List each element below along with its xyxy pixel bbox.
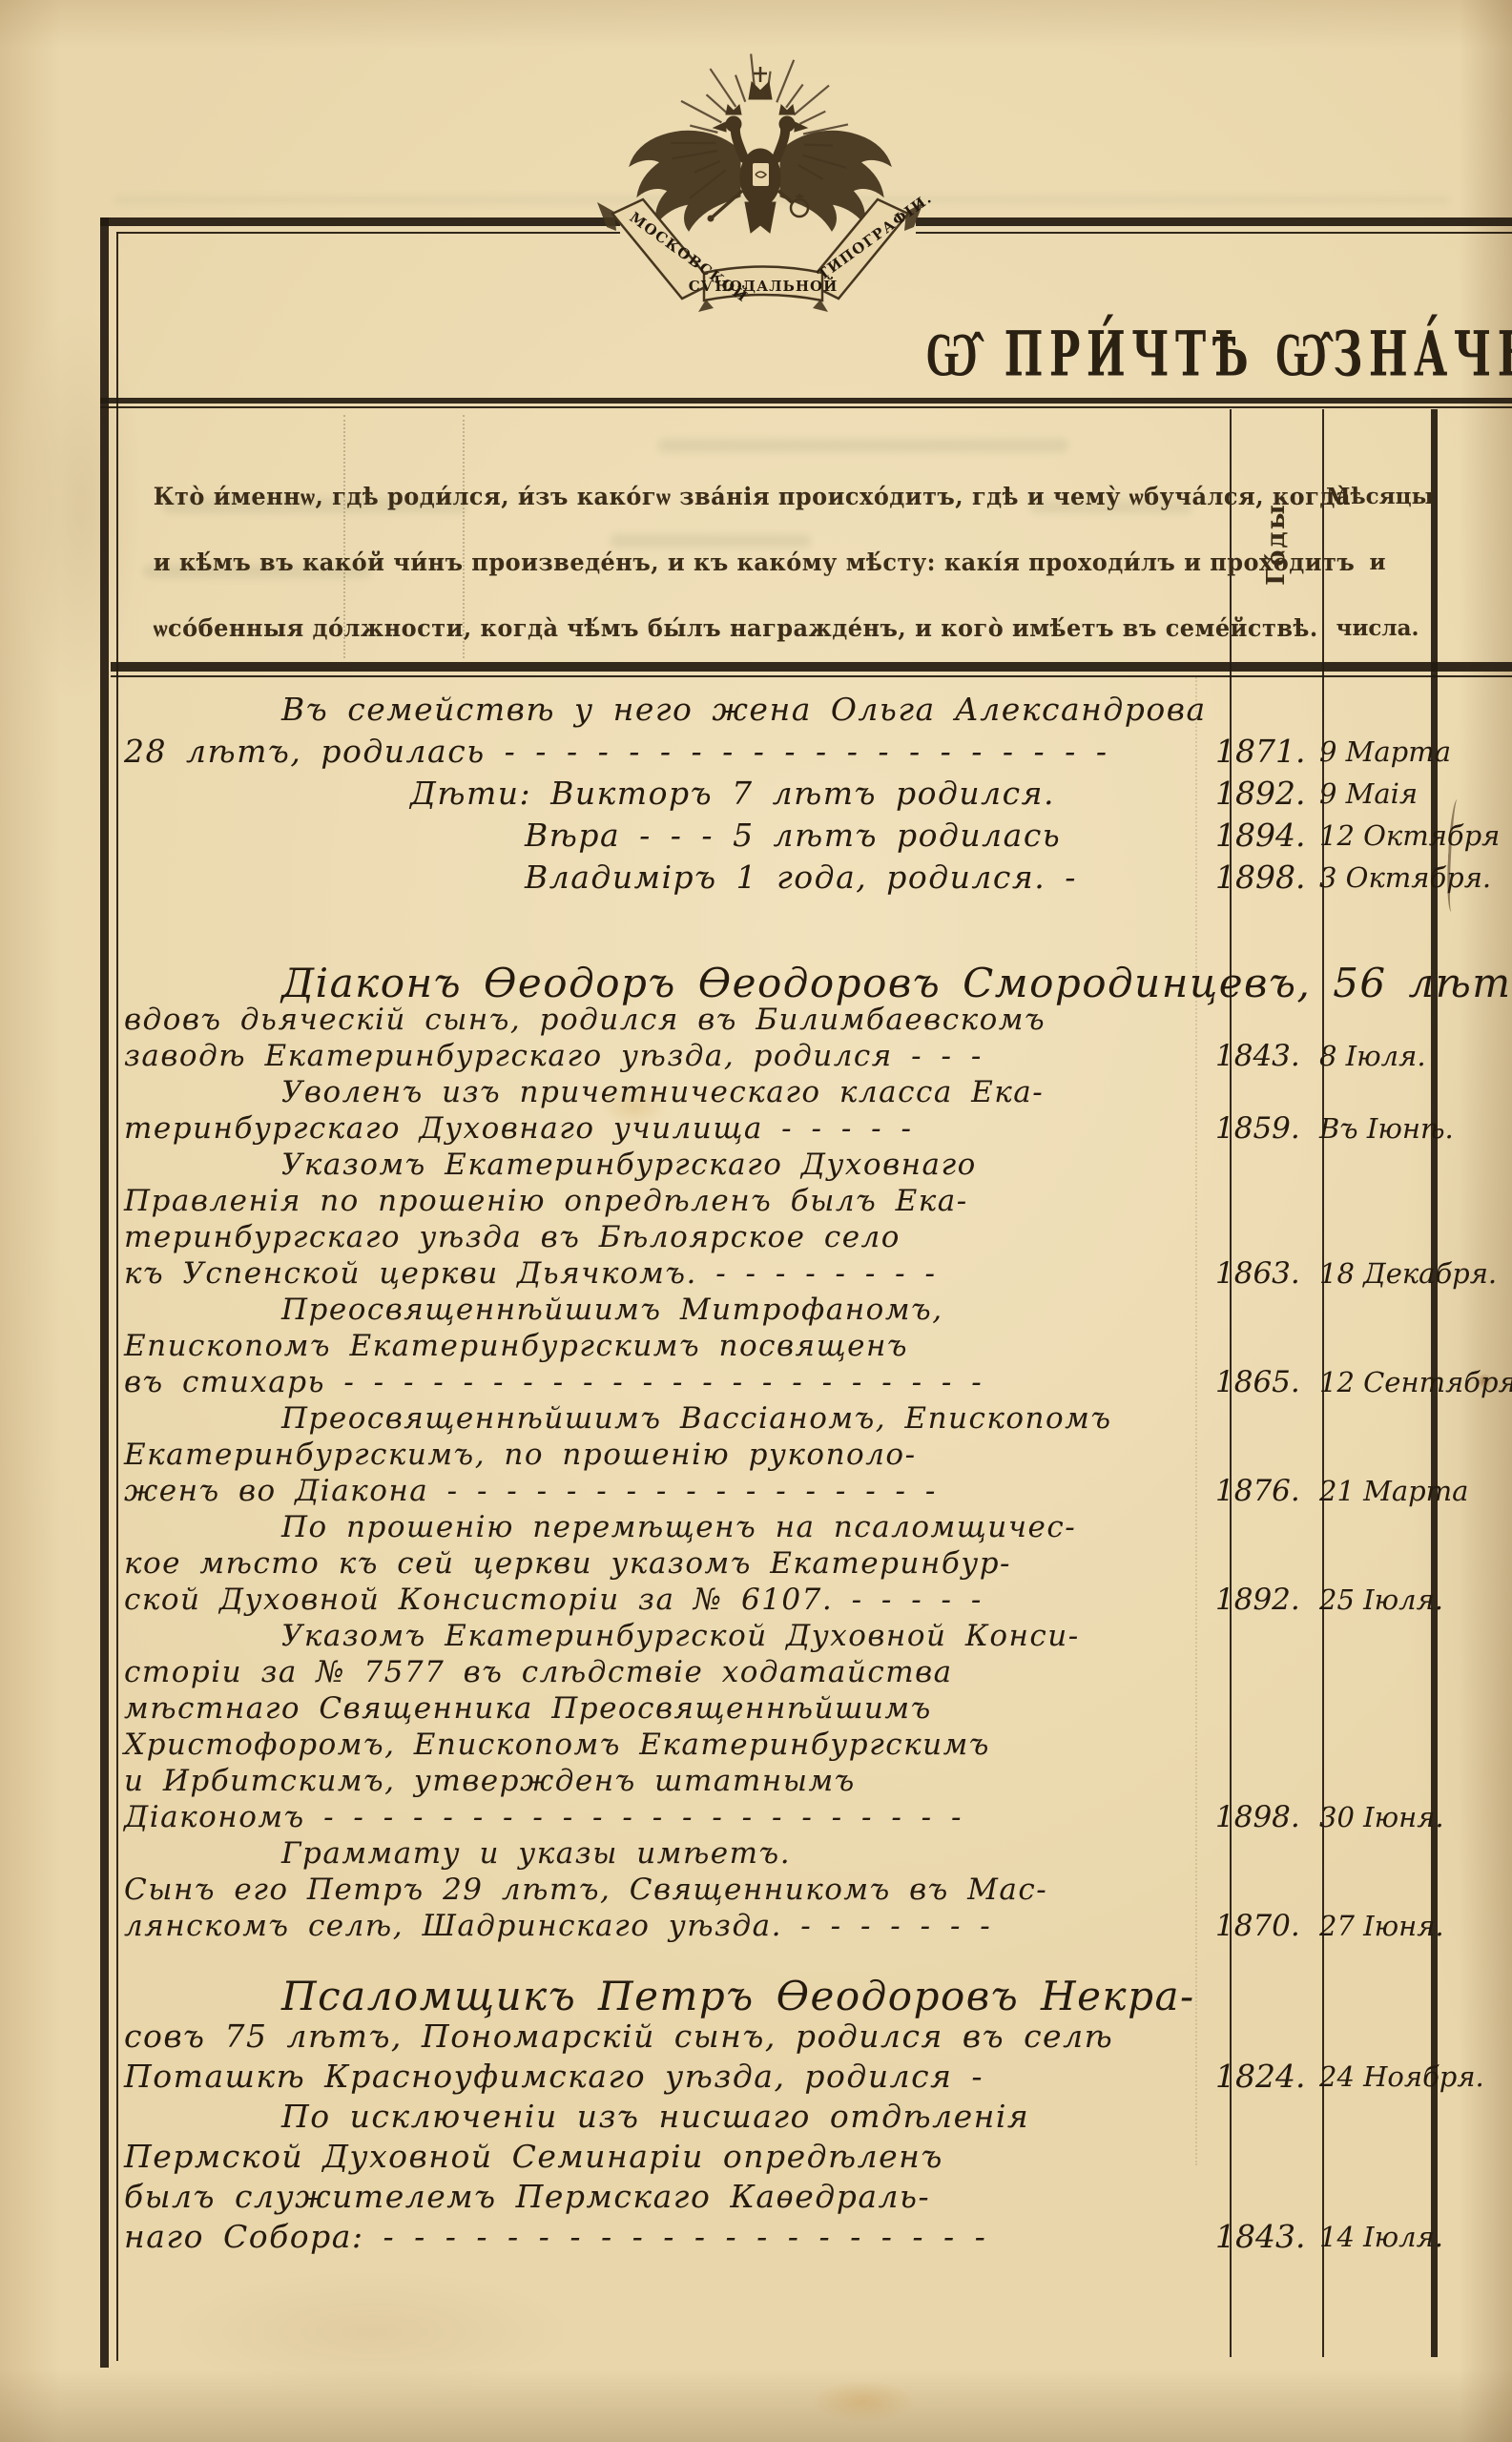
entry-text: Епископомъ Екатеринбургскимъ посвященъ (124, 1328, 1223, 1364)
entry-year (1215, 1690, 1315, 1727)
entry-year: 1870. (1215, 1908, 1315, 1944)
entry-date (1315, 1328, 1512, 1364)
entry-date: 9 Марта (1315, 731, 1512, 773)
entry-text: кое мѣсто къ сей церкви указомъ Екатерин… (124, 1545, 1223, 1582)
entry-text: наго Собора: - - - - - - - - - - - - - -… (124, 2217, 1223, 2257)
entry-text: и Ирбитскимъ, утвержденъ штатнымъ (124, 1763, 1223, 1799)
entry-date (1315, 1872, 1512, 1908)
entry-text: заводѣ Екатеринбургскаго уѣзда, родился … (124, 1038, 1223, 1074)
entry-date (1315, 1219, 1512, 1255)
entry-row: По прошенію перемѣщенъ на псаломщичес- (124, 1509, 1512, 1545)
entry-date (1315, 2017, 1512, 2057)
entry-year (1215, 2017, 1315, 2057)
entry-year: 1898. (1215, 1799, 1315, 1835)
entry-text: сторіи за № 7577 въ слѣдствіе ходатайств… (124, 1654, 1223, 1690)
entry-date: 21 Марта (1315, 1473, 1512, 1509)
entry-row: Дѣти: Викторъ 7 лѣтъ родился.1892.9 Маія (124, 773, 1512, 815)
entry-year: 1894. (1215, 815, 1315, 857)
entry-text: Пермской Духовной Семинаріи опредѣленъ (124, 2137, 1223, 2177)
entry-text: Вѣра - - - 5 лѣтъ родилась (124, 815, 1223, 857)
entry-year (1215, 1545, 1315, 1582)
entry-year (1215, 2137, 1315, 2177)
entry-row: Епископомъ Екатеринбургскимъ посвященъ (124, 1328, 1512, 1364)
entry-year (1215, 1727, 1315, 1763)
entry-date (1315, 1002, 1512, 1038)
entry-text: ской Духовной Консисторіи за № 6107. - -… (124, 1582, 1223, 1618)
entry-row: Граммату и указы имѣетъ. (124, 1835, 1512, 1872)
synodal-typography-emblem: МОСКОВСКОЙ СѴНОДАЛЬНОЙ ТИПОГРАФІИ. (538, 44, 983, 321)
entry-date: 12 Октября (1315, 815, 1512, 857)
entry-year: 1859. (1215, 1110, 1315, 1147)
entry-year (1215, 1183, 1315, 1219)
entry-row: женъ во Діакона - - - - - - - - - - - - … (124, 1473, 1512, 1509)
entry-row: къ Успенской церкви Дьячкомъ. - - - - - … (124, 1255, 1512, 1292)
entry-year: 1871. (1215, 731, 1315, 773)
entry-year (1215, 1835, 1315, 1872)
entry-row: Пермской Духовной Семинаріи опредѣленъ (124, 2137, 1512, 2177)
entry-row: Псаломщикъ Петръ Ѳеодоровъ Некра- (124, 1976, 1512, 2017)
entry-row: совъ 75 лѣтъ, Пономарскій сынъ, родился … (124, 2017, 1512, 2057)
years-column-label: Го́ды. (1230, 446, 1322, 631)
entry-text: Сынъ его Петръ 29 лѣтъ, Священникомъ въ … (124, 1872, 1223, 1908)
entry-year: 1843. (1215, 2217, 1315, 2257)
entry-date: 24 Ноября. (1315, 2057, 1512, 2097)
entry-year (1215, 1292, 1315, 1328)
entry-row: былъ служителемъ Пермскаго Каѳедраль- (124, 2177, 1512, 2217)
entry-year (1215, 1002, 1315, 1038)
entry-date: 18 Декабря. (1315, 1255, 1512, 1292)
entry-date (1315, 1690, 1512, 1727)
table-header-description: Кто̀ и́меннѡ, гдѣ роди́лся, и́зъ како́гѡ… (132, 464, 1215, 661)
entry-text: Дѣти: Викторъ 7 лѣтъ родился. (124, 773, 1223, 815)
entry-row: Преосвященнѣйшимъ Вассіаномъ, Епископомъ (124, 1400, 1512, 1437)
entry-date (1315, 1400, 1512, 1437)
entry-year (1215, 1147, 1315, 1183)
entry-date: 3 Октября. (1315, 857, 1512, 899)
entry-text: Христофоромъ, Епископомъ Екатеринбургски… (124, 1727, 1223, 1763)
entry-year (1215, 1400, 1315, 1437)
entry-year: 1865. (1215, 1364, 1315, 1400)
entry-date (1315, 1976, 1512, 2017)
entry-row: и Ирбитскимъ, утвержденъ штатнымъ (124, 1763, 1512, 1799)
entry-text: къ Успенской церкви Дьячкомъ. - - - - - … (124, 1255, 1223, 1292)
entry-text: Діакономъ - - - - - - - - - - - - - - - … (124, 1799, 1223, 1835)
entry-year (1215, 1618, 1315, 1654)
entry-row: Владимiръ 1 года, родился. -1898.3 Октяб… (124, 857, 1512, 899)
entry-text: По исключеніи изъ нисшаго отдѣленія (124, 2097, 1223, 2137)
entry-text: мѣстнаго Священника Преосвященнѣйшимъ (124, 1690, 1223, 1727)
entry-row: сторіи за № 7577 въ слѣдствіе ходатайств… (124, 1654, 1512, 1690)
entry-text: теринбургскаго Духовнаго училища - - - -… (124, 1110, 1223, 1147)
entry-text: Указомъ Екатеринбургской Духовной Конси- (124, 1618, 1223, 1654)
entry-date (1315, 1835, 1512, 1872)
entry-date: 12 Сентября. (1315, 1364, 1512, 1400)
entry-row: заводѣ Екатеринбургскаго уѣзда, родился … (124, 1038, 1512, 1074)
header-bottom-rule-thick (111, 662, 1512, 672)
entry-text: Преосвященнѣйшимъ Митрофаномъ, (124, 1292, 1223, 1328)
entry-text: Уволенъ изъ причетническаго класса Ека- (124, 1074, 1223, 1110)
entry-year (1215, 965, 1315, 1002)
entry-year (1215, 1437, 1315, 1473)
entry-date (1315, 2097, 1512, 2137)
entry-date (1315, 2137, 1512, 2177)
entry-year: 1876. (1215, 1473, 1315, 1509)
header-line-2: и кѣ́мъ въ како́й чи́нъ произведе́нъ, и … (154, 529, 1194, 595)
entry-date: 9 Маія (1315, 773, 1512, 815)
entry-year (1215, 1763, 1315, 1799)
entry-text: Поташкѣ Красноуфимскаго уѣзда, родился - (124, 2057, 1223, 2097)
entry-text: теринбургскаго уѣзда въ Бѣлоярское село (124, 1219, 1223, 1255)
entry-year (1215, 2097, 1315, 2137)
frame-top-thick-right (916, 217, 1512, 226)
entry-date (1315, 689, 1512, 731)
entry-text: Указомъ Екатеринбургскаго Духовнаго (124, 1147, 1223, 1183)
entry-date (1315, 1763, 1512, 1799)
entry-year (1215, 1219, 1315, 1255)
entry-date (1315, 965, 1512, 1002)
entry-text: Владимiръ 1 года, родился. - (124, 857, 1223, 899)
entry-text: былъ служителемъ Пермскаго Каѳедраль- (124, 2177, 1223, 2217)
header-line-1: Кто̀ и́меннѡ, гдѣ роди́лся, и́зъ како́гѡ… (154, 464, 1194, 529)
entry-year: 1824. (1215, 2057, 1315, 2097)
entry-year: 1898. (1215, 857, 1315, 899)
page-title: Ѡ̂ ПРИ́ЧТѢ Ѡ̂ЗНА́ЧЕН (926, 319, 1442, 391)
entry-row: наго Собора: - - - - - - - - - - - - - -… (124, 2217, 1512, 2257)
entry-row: теринбургскаго уѣзда въ Бѣлоярское село (124, 1219, 1512, 1255)
entry-text: вдовъ дьяческій сынъ, родился въ Билимба… (124, 1002, 1223, 1038)
entry-row: 28 лѣтъ, родилась - - - - - - - - - - - … (124, 731, 1512, 773)
ribbon-word-synodalnoy: СѴНОДАЛЬНОЙ (689, 277, 839, 295)
entry-date (1315, 1545, 1512, 1582)
entry-text: въ стихарь - - - - - - - - - - - - - - -… (124, 1364, 1223, 1400)
entry-date (1315, 1654, 1512, 1690)
entry-row: Правленія по прошенію опредѣленъ былъ Ек… (124, 1183, 1512, 1219)
entry-date (1315, 1509, 1512, 1545)
entry-year: 1843. (1215, 1038, 1315, 1074)
entry-text: Псаломщикъ Петръ Ѳеодоровъ Некра- (124, 1976, 1223, 2017)
entry-year (1215, 1509, 1315, 1545)
entry-row: вдовъ дьяческій сынъ, родился въ Билимба… (124, 1002, 1512, 1038)
entry-row: Поташкѣ Красноуфимскаго уѣзда, родился -… (124, 2057, 1512, 2097)
frame-left-thin (116, 232, 118, 2361)
entry-row: Указомъ Екатеринбургской Духовной Конси- (124, 1618, 1512, 1654)
entry-year (1215, 689, 1315, 731)
entry-row: лянскомъ селѣ, Шадринскаго уѣзда. - - - … (124, 1908, 1512, 1944)
entry-date: 30 Іюня. (1315, 1799, 1512, 1835)
entry-year: 1892. (1215, 773, 1315, 815)
entry-text: По прошенію перемѣщенъ на псаломщичес- (124, 1509, 1223, 1545)
entry-year: 1892. (1215, 1582, 1315, 1618)
entry-date: 27 Іюня. (1315, 1908, 1512, 1944)
entry-date: 8 Іюля. (1315, 1038, 1512, 1074)
entry-row: По исключеніи изъ нисшаго отдѣленія (124, 2097, 1512, 2137)
entry-text: Преосвященнѣйшимъ Вассіаномъ, Епископомъ (124, 1400, 1223, 1437)
title-band-rule-thick (100, 398, 1512, 404)
entry-date (1315, 1437, 1512, 1473)
entry-row: Христофоромъ, Епископомъ Екатеринбургски… (124, 1727, 1512, 1763)
entry-year (1215, 2177, 1315, 2217)
entry-text: Екатеринбургскимъ, по прошенію рукополо- (124, 1437, 1223, 1473)
entry-text: Діаконъ Ѳеодоръ Ѳеодоровъ Смородинцевъ, … (124, 965, 1223, 1002)
header-line-3: ѡсо́бенныя до́лжности, когда̀ чѣ́мъ бы́л… (154, 595, 1194, 661)
entries: Въ семействѣ у него жена Ольга Александр… (124, 689, 1512, 2257)
entry-date: 14 Іюля. (1315, 2217, 1512, 2257)
months-column-label: Мѣсяцы и числа. (1326, 464, 1429, 661)
entry-row: Въ семействѣ у него жена Ольга Александр… (124, 689, 1512, 731)
entry-year (1215, 1976, 1315, 2017)
frame-top-thin-right (916, 232, 1512, 234)
entry-text: Въ семействѣ у него жена Ольга Александр… (124, 689, 1223, 731)
entry-year: 1863. (1215, 1255, 1315, 1292)
entry-row: теринбургскаго Духовнаго училища - - - -… (124, 1110, 1512, 1147)
entry-row: Діаконъ Ѳеодоръ Ѳеодоровъ Смородинцевъ, … (124, 965, 1512, 1002)
document-sheet: МОСКОВСКОЙ СѴНОДАЛЬНОЙ ТИПОГРАФІИ. Ѡ̂ ПР… (0, 0, 1512, 2442)
entry-year (1215, 1872, 1315, 1908)
entry-date (1315, 1292, 1512, 1328)
title-band-rule-thin (100, 406, 1512, 408)
entry-text: Правленія по прошенію опредѣленъ былъ Ек… (124, 1183, 1223, 1219)
entry-row: мѣстнаго Священника Преосвященнѣйшимъ (124, 1690, 1512, 1727)
entry-text: совъ 75 лѣтъ, Пономарскій сынъ, родился … (124, 2017, 1223, 2057)
entry-row: въ стихарь - - - - - - - - - - - - - - -… (124, 1364, 1512, 1400)
entry-date (1315, 1147, 1512, 1183)
header-bottom-rule-thin (111, 675, 1512, 677)
entry-date (1315, 1727, 1512, 1763)
frame-left-thick (100, 217, 109, 2368)
entry-date (1315, 1618, 1512, 1654)
entry-date: Въ Іюнѣ. (1315, 1110, 1512, 1147)
entry-year (1215, 1654, 1315, 1690)
entry-row: Сынъ его Петръ 29 лѣтъ, Священникомъ въ … (124, 1872, 1512, 1908)
entry-row: Преосвященнѣйшимъ Митрофаномъ, (124, 1292, 1512, 1328)
entry-row: Уволенъ изъ причетническаго класса Ека- (124, 1074, 1512, 1110)
entry-year (1215, 1328, 1315, 1364)
entry-text: женъ во Діакона - - - - - - - - - - - - … (124, 1473, 1223, 1509)
entry-text: лянскомъ селѣ, Шадринскаго уѣзда. - - - … (124, 1908, 1223, 1944)
entry-text: 28 лѣтъ, родилась - - - - - - - - - - - … (124, 731, 1223, 773)
entry-row: Указомъ Екатеринбургскаго Духовнаго (124, 1147, 1512, 1183)
entry-date (1315, 2177, 1512, 2217)
entry-date (1315, 1074, 1512, 1110)
double-headed-eagle-icon (630, 67, 891, 233)
entry-year (1215, 1074, 1315, 1110)
entry-date (1315, 1183, 1512, 1219)
entry-row: Екатеринбургскимъ, по прошенію рукополо- (124, 1437, 1512, 1473)
entry-date: 25 Іюля. (1315, 1582, 1512, 1618)
entry-row: кое мѣсто къ сей церкви указомъ Екатерин… (124, 1545, 1512, 1582)
entry-row: ской Духовной Консисторіи за № 6107. - -… (124, 1582, 1512, 1618)
entry-row: Вѣра - - - 5 лѣтъ родилась1894.12 Октябр… (124, 815, 1512, 857)
entry-text: Граммату и указы имѣетъ. (124, 1835, 1223, 1872)
entry-row: Діакономъ - - - - - - - - - - - - - - - … (124, 1799, 1512, 1835)
ink-bleed-smudge (658, 439, 1068, 452)
